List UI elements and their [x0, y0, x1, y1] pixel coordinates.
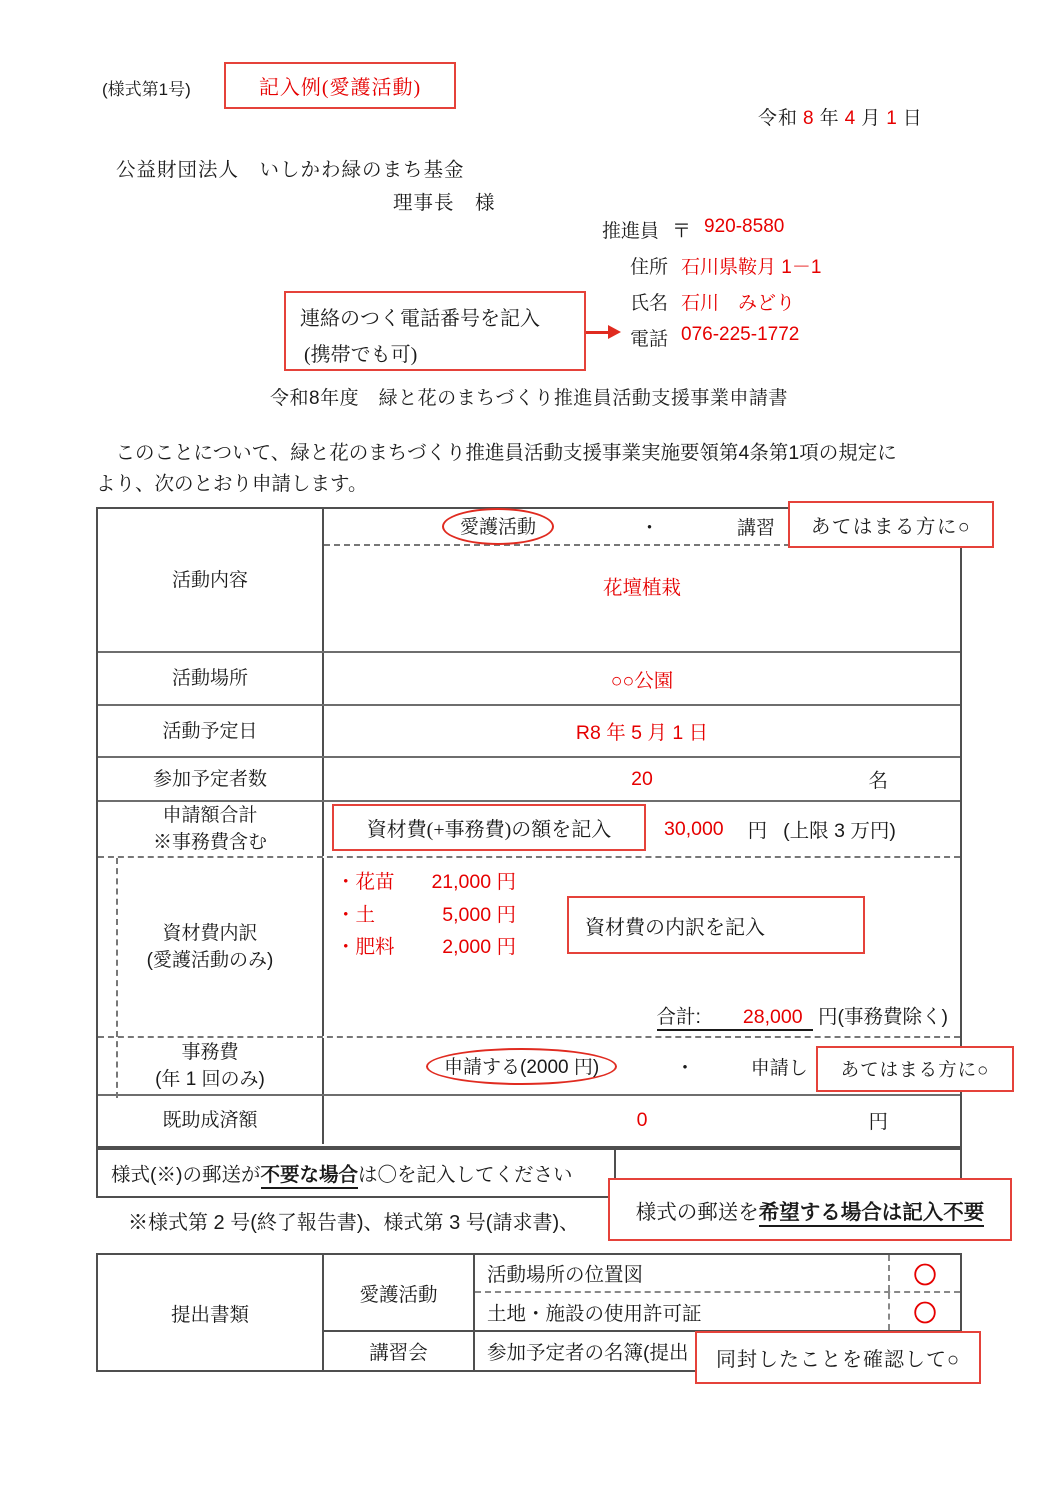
- documents-categories: 愛護活動 講習会: [324, 1255, 475, 1370]
- document1-check-mark: 〇: [914, 1257, 937, 1290]
- materials-items: ・花苗21,000 円 ・土5,000 円 ・肥料2,000 円: [336, 866, 516, 964]
- mail-optout-bold: 不要な場合: [261, 1164, 359, 1189]
- activity-value: 花壇植栽: [324, 572, 960, 600]
- applicant-phone-line: 電話 076-225-1772: [630, 324, 799, 351]
- example-badge: 記入例(愛護活動): [224, 62, 456, 109]
- mail-callout-prefix: 様式の郵送を: [636, 1202, 759, 1224]
- mail-callout-bold: 希望する場合は記入不要: [759, 1202, 985, 1227]
- phone-callout-line2: (携帯でも可): [300, 338, 584, 367]
- subsidized-row: 既助成済額 0 円: [98, 1094, 960, 1144]
- body-paragraph: このことについて、緑と花のまちづくり推進員活動支援事業実施要領第4条第1項の規定…: [96, 438, 968, 500]
- office-fee-separator: ・: [675, 1052, 695, 1080]
- materials-row: 資材費内訳 (愛護活動のみ) ・花苗21,000 円 ・土5,000 円 ・肥料…: [98, 856, 960, 1036]
- applicable-callout-top-text: あてはまる方に○: [811, 511, 971, 539]
- document1-name: 活動場所の位置図: [475, 1255, 888, 1291]
- phone-callout-line1: 連絡のつく電話番号を記入: [300, 302, 584, 331]
- name-label: 氏名: [630, 288, 668, 315]
- postal-code-value: 920-8580: [704, 216, 784, 243]
- name-value: 石川 みどり: [681, 288, 795, 315]
- office-fee-label-line2: (年 1 回のみ): [155, 1066, 265, 1093]
- material-item-amount: 2,000 円: [408, 931, 516, 964]
- office-fee-label-line1: 事務費: [181, 1039, 238, 1066]
- body-line2: より、次のとおり申請します。: [96, 469, 968, 500]
- option-separator: ・: [640, 513, 659, 540]
- amount-unit: 円: [748, 815, 768, 843]
- document2-mark-cell: 〇: [888, 1293, 960, 1329]
- application-form-page: (様式第1号) 記入例(愛護活動) 令和8年4月1日 公益財団法人 いしかわ緑の…: [0, 0, 1058, 1497]
- activity-label: 活動内容: [98, 509, 324, 651]
- planned-date-value: R8 年 5 月 1 日: [324, 717, 960, 745]
- applicable-callout-office-fee-text: あてはまる方に○: [841, 1056, 990, 1082]
- office-fee-option1: 申請する(2000 円): [444, 1057, 599, 1078]
- mail-optout-prefix: 様式(※)の郵送が: [111, 1164, 261, 1186]
- applicant-address-line: 住所 石川県鞍月 1－1: [630, 252, 821, 279]
- materials-total-value: 28,000: [743, 1006, 803, 1028]
- planned-date-row: 活動予定日 R8 年 5 月 1 日: [98, 704, 960, 756]
- applicable-callout-top: あてはまる方に○: [788, 501, 994, 548]
- office-fee-option-selected-circle: 申請する(2000 円): [426, 1048, 617, 1085]
- date-month-value: 4: [845, 108, 857, 129]
- materials-callout-text: 資材費の内訳を記入: [585, 911, 765, 940]
- date-era: 令和: [758, 108, 798, 129]
- location-value: ○○公園: [324, 665, 960, 693]
- material-item-name: ・土: [336, 899, 408, 932]
- enclosed-callout-box: 同封したことを確認して○: [695, 1331, 981, 1384]
- document-row-1: 活動場所の位置図 〇: [475, 1255, 960, 1293]
- materials-total-group: 合計:28,000: [657, 1006, 813, 1031]
- amount-limit: (上限 3 万円): [783, 815, 896, 843]
- subsidized-unit: 円: [868, 1106, 888, 1134]
- material-item-name: ・肥料: [336, 931, 408, 964]
- material-item-amount: 5,000 円: [408, 899, 516, 932]
- location-label: 活動場所: [98, 653, 324, 704]
- materials-total-label: 合計:: [657, 1006, 701, 1028]
- participants-label: 参加予定者数: [98, 758, 324, 800]
- document1-mark-cell: 〇: [888, 1255, 960, 1291]
- amount-label: 申請額合計 ※事務費含む: [98, 802, 324, 856]
- amount-callout-box: 資材費(+事務費)の額を記入: [332, 804, 646, 851]
- date-day-value: 1: [886, 108, 898, 129]
- material-item-amount: 21,000 円: [408, 866, 516, 899]
- dashed-group-line: [116, 858, 118, 1098]
- phone-callout-box: 連絡のつく電話番号を記入 (携帯でも可): [284, 291, 586, 371]
- address-value: 石川県鞍月 1－1: [681, 252, 821, 279]
- mail-optout-text: 様式(※)の郵送が不要な場合は〇を記入してください: [98, 1159, 573, 1187]
- amount-label-line2: ※事務費含む: [153, 829, 267, 856]
- materials-label-line1: 資材費内訳: [162, 920, 257, 947]
- date-year-value: 8: [803, 108, 815, 129]
- recipient-organization: 公益財団法人 いしかわ緑のまち基金: [116, 154, 465, 182]
- address-label: 住所: [630, 252, 668, 279]
- activity-option1: 愛護活動: [460, 517, 536, 538]
- materials-label: 資材費内訳 (愛護活動のみ): [98, 858, 324, 1036]
- callout-arrow-line: [586, 331, 610, 334]
- materials-total-line: 合計:28,000 円(事務費除く): [657, 1001, 949, 1029]
- activity-option-selected-circle: 愛護活動: [442, 508, 554, 545]
- mail-callout-text: 様式の郵送を希望する場合は記入不要: [636, 1195, 985, 1225]
- materials-callout-box: 資材費の内訳を記入: [567, 896, 865, 954]
- applicant-role-label: 推進員: [602, 216, 659, 243]
- amount-value: 30,000: [664, 818, 724, 841]
- office-fee-label: 事務費 (年 1 回のみ): [98, 1038, 324, 1094]
- applicable-callout-office-fee: あてはまる方に○: [816, 1046, 1014, 1092]
- document2-name: 土地・施設の使用許可証: [475, 1293, 888, 1329]
- phone-label: 電話: [630, 324, 668, 351]
- date-month-suffix: 月: [861, 108, 881, 129]
- document2-check-mark: 〇: [914, 1295, 937, 1328]
- subsidized-value: 0: [324, 1109, 960, 1132]
- enclosed-callout-text: 同封したことを確認して○: [716, 1343, 960, 1372]
- recipient-title: 理事長 様: [393, 187, 496, 215]
- phone-value: 076-225-1772: [681, 324, 799, 351]
- participants-row: 参加予定者数 20 名: [98, 756, 960, 800]
- participants-value: 20: [324, 768, 960, 791]
- date-year-suffix: 年: [820, 108, 840, 129]
- applicant-name-line: 氏名 石川 みどり: [630, 288, 795, 315]
- body-line1: このことについて、緑と花のまちづくり推進員活動支援事業実施要領第4条第1項の規定…: [96, 438, 968, 469]
- documents-category1: 愛護活動: [324, 1255, 473, 1332]
- document-row-2: 土地・施設の使用許可証 〇: [475, 1293, 960, 1331]
- mail-callout-box: 様式の郵送を希望する場合は記入不要: [608, 1178, 1012, 1241]
- example-badge-label: 記入例(愛護活動): [259, 71, 421, 100]
- document-title: 令和8年度 緑と花のまちづくり推進員活動支援事業申請書: [0, 383, 1058, 410]
- date-day-suffix: 日: [903, 108, 923, 129]
- planned-date-label: 活動予定日: [98, 706, 324, 756]
- applicant-postal-line: 推進員 〒 920-8580: [602, 216, 784, 243]
- office-fee-option2: 申請し: [751, 1053, 808, 1080]
- documents-category2: 講習会: [324, 1332, 473, 1370]
- materials-total-suffix: 円(事務費除く): [818, 1006, 948, 1028]
- mail-optout-suffix: は〇を記入してください: [358, 1164, 573, 1186]
- documents-header: 提出書類: [98, 1255, 324, 1370]
- participants-unit: 名: [868, 765, 888, 793]
- materials-label-line2: (愛護活動のみ): [147, 947, 274, 974]
- material-item-name: ・花苗: [336, 866, 408, 899]
- form-number-label: (様式第1号): [102, 75, 191, 100]
- mail-note: ※様式第 2 号(終了報告書)、様式第 3 号(請求書)、: [128, 1206, 579, 1235]
- postal-mark: 〒: [672, 216, 691, 243]
- date-line: 令和8年4月1日: [758, 103, 923, 130]
- amount-label-line1: 申請額合計: [162, 802, 257, 829]
- amount-row: 申請額合計 ※事務費含む 資材費(+事務費)の額を記入 30,000 円 (上限…: [98, 800, 960, 856]
- activity-option2: 講習: [737, 513, 775, 540]
- subsidized-label: 既助成済額: [98, 1096, 324, 1144]
- location-row: 活動場所 ○○公園: [98, 651, 960, 704]
- amount-callout-text: 資材費(+事務費)の額を記入: [367, 813, 612, 842]
- callout-arrow-icon: [608, 325, 621, 339]
